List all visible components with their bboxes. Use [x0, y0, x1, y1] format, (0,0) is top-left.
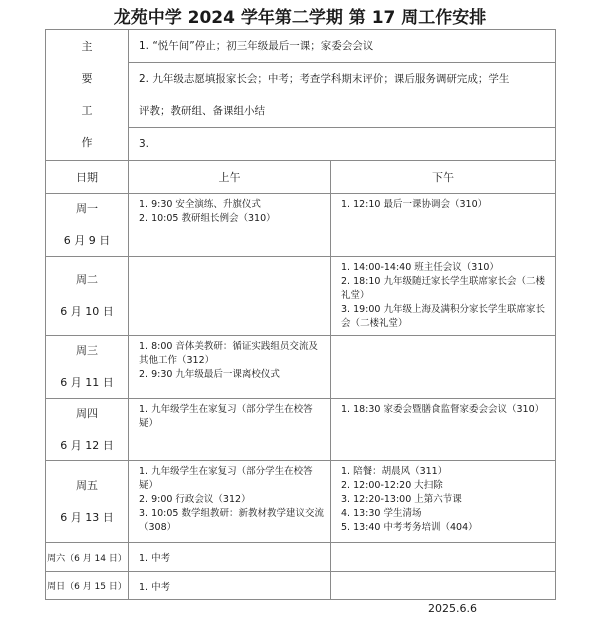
table-row: 周一 6 月 9 日 1. 9:30 安全演练、升旗仪式 2. 10:05 教研… [46, 194, 556, 257]
weekend-day-cell: 周六（6 月 14 日） [46, 543, 129, 572]
pm-cell [331, 336, 556, 399]
day-cell: 周三 6 月 11 日 [46, 336, 129, 399]
footer-date: 2025.6.6 [428, 602, 477, 615]
am-cell: 1. 中考 [129, 572, 331, 600]
document-title: 龙苑中学 2024 学年第二学期 第 17 周工作安排 [0, 3, 600, 28]
pm-cell: 1. 14:00-14:40 班主任会议（310） 2. 18:10 九年级随迁… [331, 257, 556, 336]
am-cell: 1. 九年级学生在家复习（部分学生在校答疑） [129, 399, 331, 461]
day-cell: 周一 6 月 9 日 [46, 194, 129, 257]
am-cell: 1. 九年级学生在家复习（部分学生在校答疑） 2. 9:00 行政会议（312）… [129, 461, 331, 543]
main-work-label-char: 主 [46, 31, 128, 63]
pm-cell: 1. 18:30 家委会暨膳食监督家委会会议（310） [331, 399, 556, 461]
header-pm: 下午 [331, 161, 556, 194]
table-row: 周三 6 月 11 日 1. 8:00 音体美教研：循证实践组员交流及其他工作（… [46, 336, 556, 399]
day-cell: 周二 6 月 10 日 [46, 257, 129, 336]
main-work-label-char: 要 [46, 63, 128, 95]
table-row: 周六（6 月 14 日） 1. 中考 [46, 543, 556, 572]
main-work-label-char: 工 [46, 95, 128, 127]
pm-cell [331, 572, 556, 600]
am-cell: 1. 9:30 安全演练、升旗仪式 2. 10:05 教研组长例会（310） [129, 194, 331, 257]
main-work-item-3: 3. [129, 128, 556, 161]
table-row: 周二 6 月 10 日 1. 14:00-14:40 班主任会议（310） 2.… [46, 257, 556, 336]
header-date: 日期 [46, 161, 129, 194]
main-work-item-1: 1. “悦午间”停止；初三年级最后一课；家委会会议 [129, 30, 556, 63]
day-cell: 周五 6 月 13 日 [46, 461, 129, 543]
pm-cell: 1. 12:10 最后一课协调会（310） [331, 194, 556, 257]
day-cell: 周四 6 月 12 日 [46, 399, 129, 461]
table-row: 周五 6 月 13 日 1. 九年级学生在家复习（部分学生在校答疑） 2. 9:… [46, 461, 556, 543]
weekend-day-cell: 周日（6 月 15 日） [46, 572, 129, 600]
am-cell: 1. 8:00 音体美教研：循证实践组员交流及其他工作（312） 2. 9:30… [129, 336, 331, 399]
pm-cell: 1. 陪餐：胡晨风（311） 2. 12:00-12:20 大扫除 3. 12:… [331, 461, 556, 543]
main-work-label: 主 要 工 作 [46, 30, 129, 161]
pm-cell [331, 543, 556, 572]
main-work-label-char: 作 [46, 127, 128, 159]
am-cell: 1. 中考 [129, 543, 331, 572]
main-work-item-2: 2. 九年级志愿填报家长会；中考；考查学科期末评价；课后服务调研完成；学生 评教… [129, 63, 556, 128]
schedule-table: 主 要 工 作 1. “悦午间”停止；初三年级最后一课；家委会会议 2. 九年级… [45, 29, 556, 600]
header-am: 上午 [129, 161, 331, 194]
am-cell [129, 257, 331, 336]
table-row: 周日（6 月 15 日） 1. 中考 [46, 572, 556, 600]
table-row: 周四 6 月 12 日 1. 九年级学生在家复习（部分学生在校答疑） 1. 18… [46, 399, 556, 461]
